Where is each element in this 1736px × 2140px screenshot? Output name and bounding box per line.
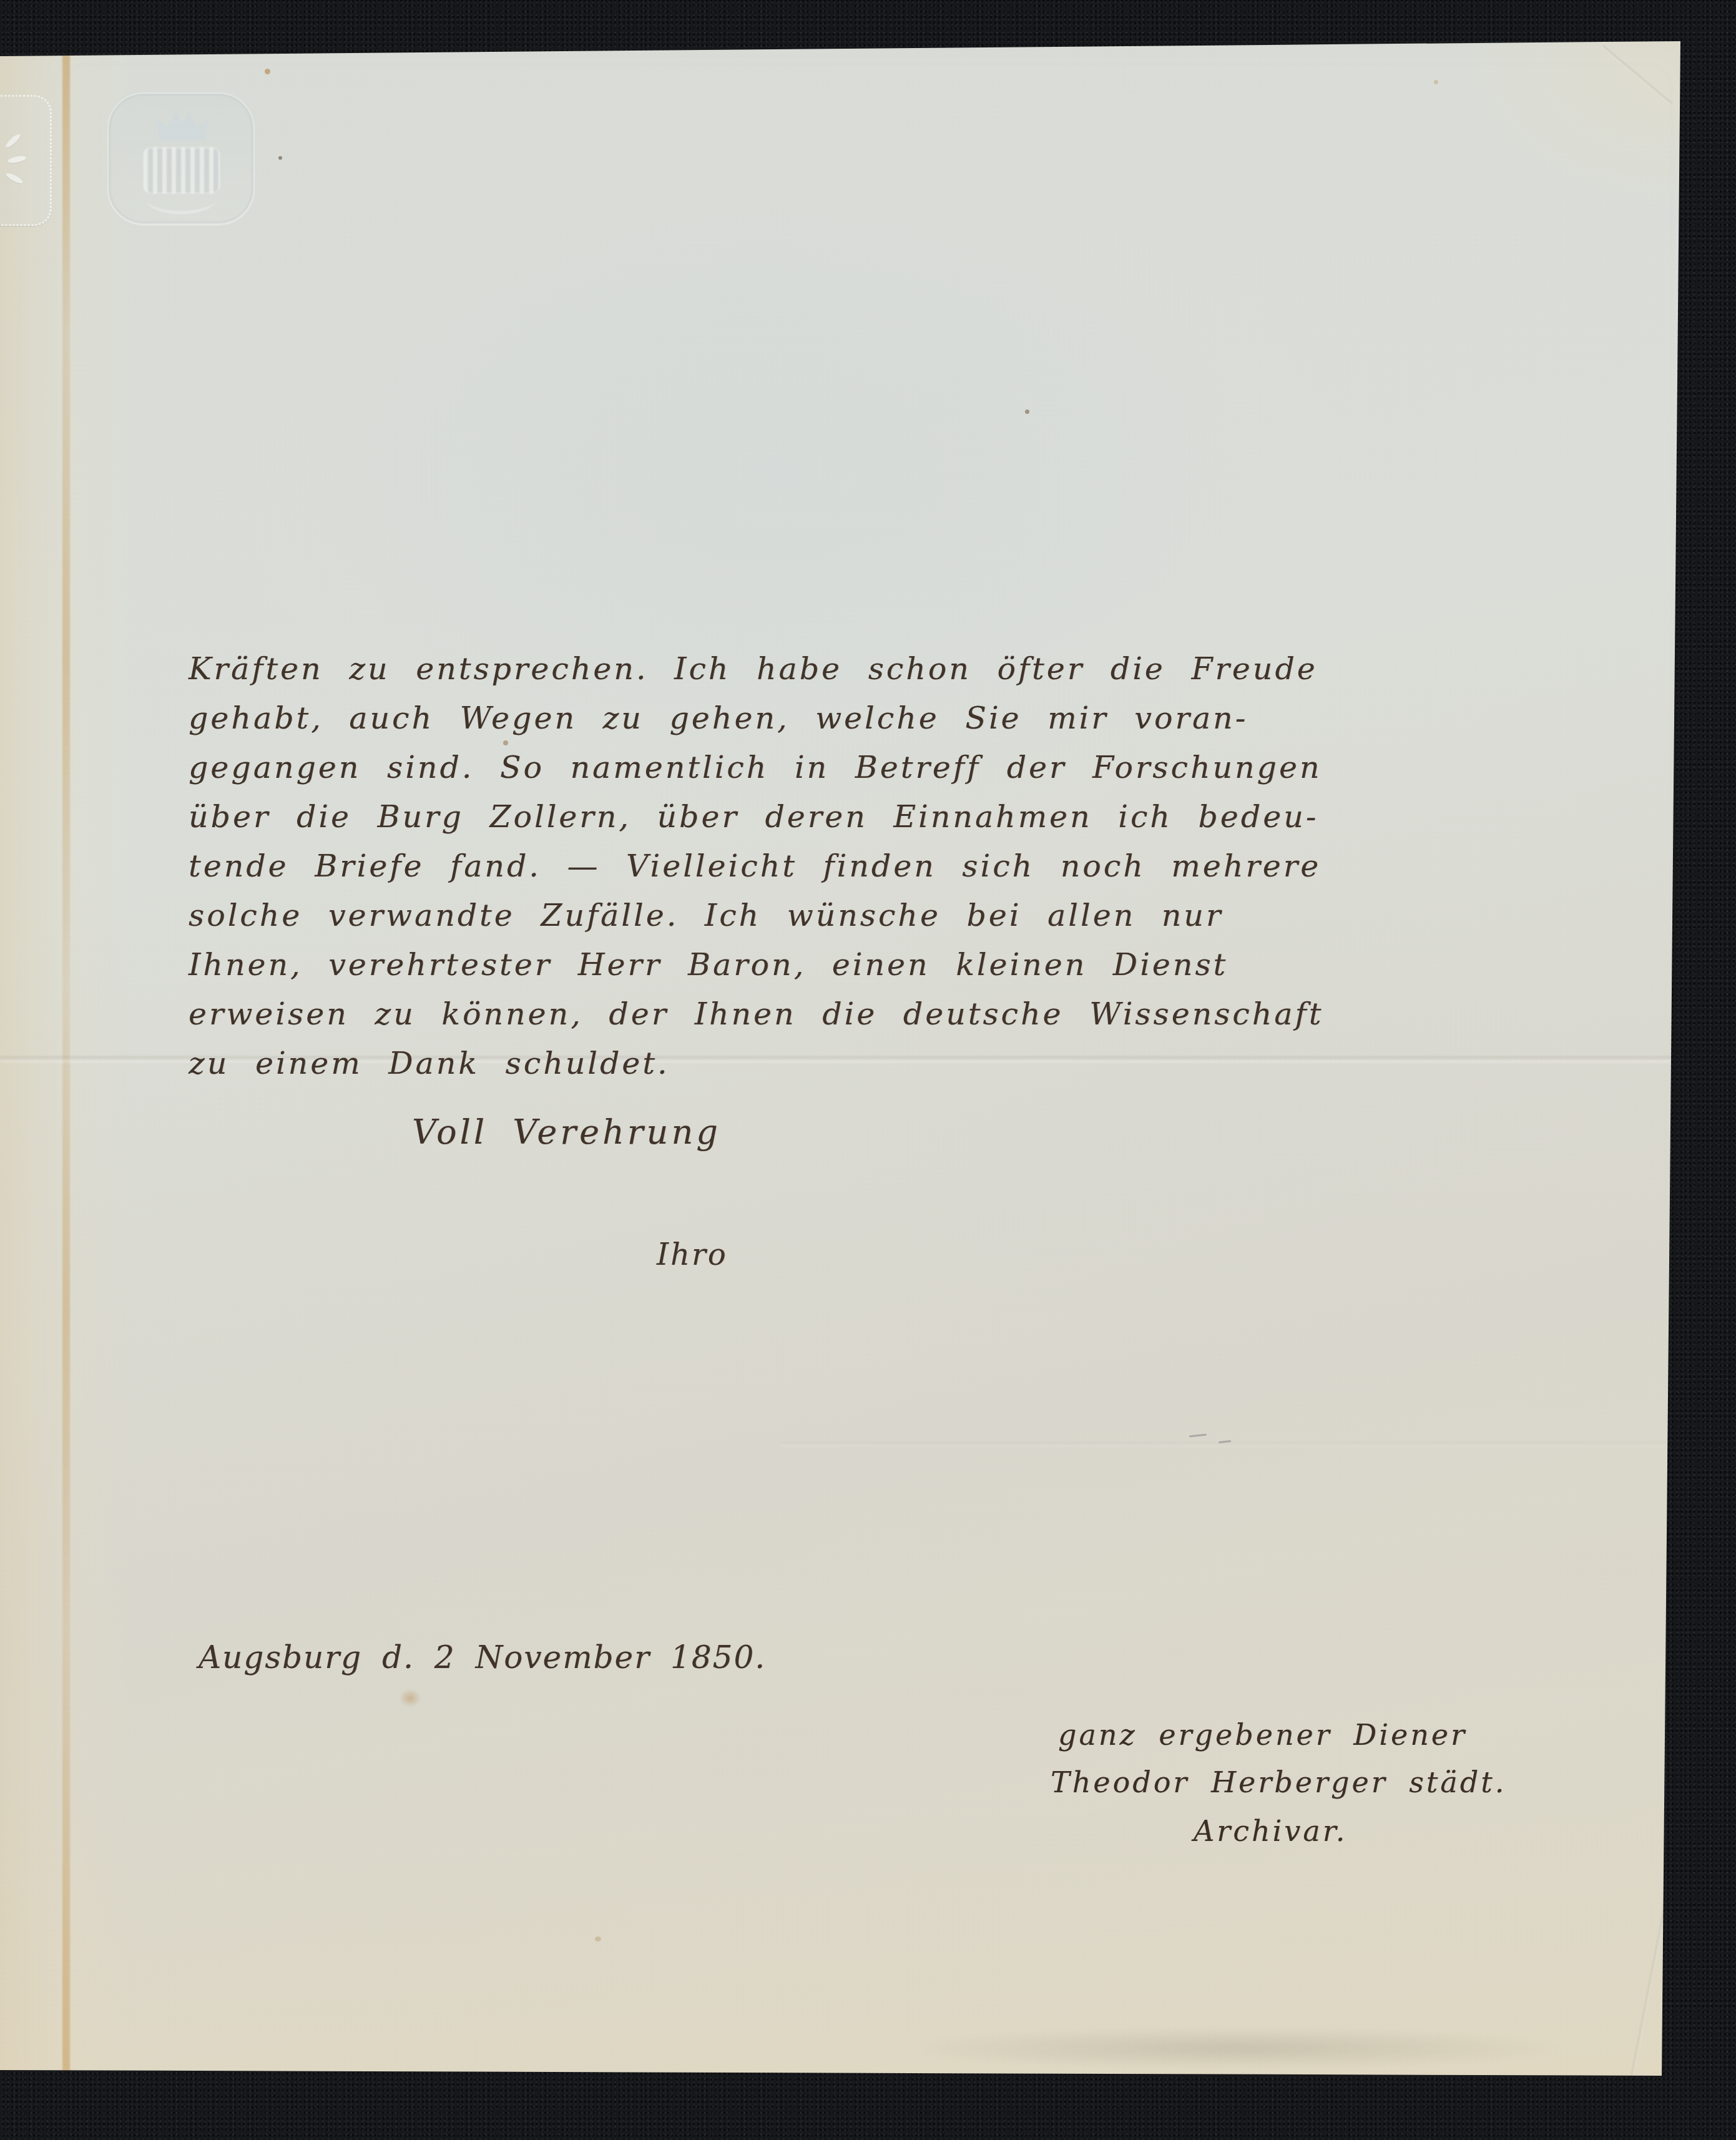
stain <box>595 1936 601 1941</box>
handwriting-line: Ihnen, verehrtester Herr Baron, einen kl… <box>189 940 1323 989</box>
paper-shadow <box>799 2021 1673 2066</box>
vertical-fold-crease <box>62 55 70 2071</box>
closing-salutation: Voll Verehrung <box>412 1112 721 1152</box>
laurel-leaf-icon <box>5 171 24 185</box>
corner-crease <box>1601 45 1672 105</box>
handwriting-line: zu einem Dank schuldet. <box>189 1039 1323 1088</box>
laurel-leaf-icon <box>4 132 22 149</box>
handwriting-line: Kräften zu entsprechen. Ich habe schon ö… <box>189 644 1323 694</box>
laurel-leaf-icon <box>7 155 26 164</box>
date-line: Augsburg d. 2 November 1850. <box>199 1639 766 1676</box>
stain <box>395 1686 425 1711</box>
signature-line-1: ganz ergebener Diener <box>1058 1718 1467 1752</box>
handwriting-line: über die Burg Zollern, über deren Einnah… <box>189 792 1323 842</box>
stain <box>265 69 270 74</box>
seal-crown-icon <box>156 109 208 141</box>
photo-background: Kräften zu entsprechen. Ich habe schon ö… <box>0 0 1736 2140</box>
ink-speck <box>1025 410 1029 414</box>
signature-line-2: Theodor Herberger städt. <box>1051 1765 1506 1799</box>
handwriting-line: erweisen zu können, der Ihnen die deutsc… <box>189 989 1323 1039</box>
embossed-seal-icon <box>107 92 255 225</box>
embossed-seal-partial-icon <box>0 95 52 226</box>
handwriting-line: gegangen sind. So namentlich in Betreff … <box>189 743 1323 792</box>
letter-page: Kräften zu entsprechen. Ich habe schon ö… <box>0 0 1736 2140</box>
signature-line-3: Archivar. <box>1194 1814 1347 1848</box>
ink-speck <box>278 156 282 160</box>
letter-body: Kräften zu entsprechen. Ich habe schon ö… <box>189 644 1323 1088</box>
handwriting-line: gehabt, auch Wegen zu gehen, welche Sie … <box>189 694 1323 743</box>
honorific-word: Ihro <box>657 1237 728 1272</box>
pencil-mark <box>1189 1434 1207 1438</box>
seal-wreath-icon <box>146 184 216 214</box>
handwriting-line: solche verwandte Zufälle. Ich wünsche be… <box>189 891 1323 940</box>
handwriting-line: tende Briefe fand. — Vielleicht finden s… <box>189 842 1323 891</box>
stain <box>1434 80 1438 84</box>
